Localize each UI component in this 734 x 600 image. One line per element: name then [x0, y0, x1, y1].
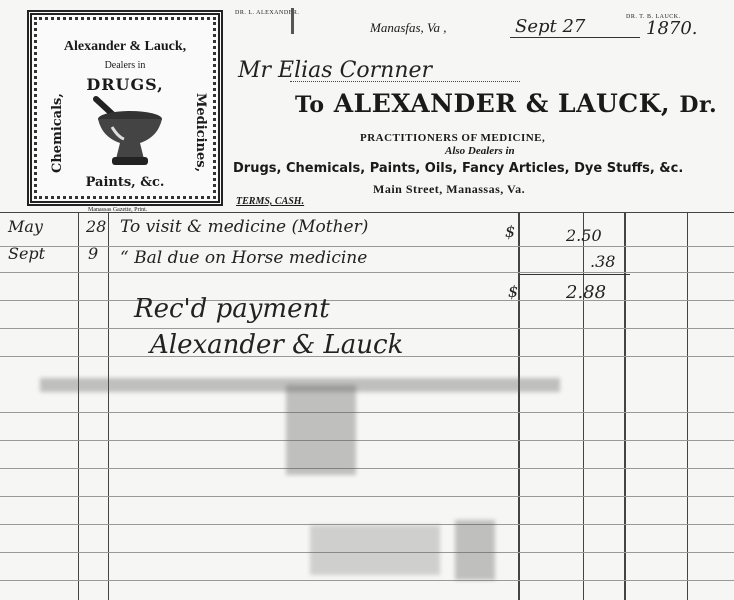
- terms: TERMS, CASH.: [236, 196, 304, 207]
- firm-prefix: To: [295, 92, 325, 118]
- amount-column-rule-4: [687, 212, 688, 600]
- year: 1870.: [646, 18, 698, 39]
- payee-name: Mr Elias Cornner: [238, 58, 432, 83]
- water-stain: [286, 385, 356, 475]
- practitioners-line: PRACTITIONERS OF MEDICINE,: [360, 132, 545, 144]
- row2-month: Sept: [8, 244, 45, 263]
- ad-drugs: DRUGS,: [32, 75, 218, 94]
- row1-day: 28: [86, 217, 106, 236]
- ledger-line: [0, 246, 734, 247]
- amount-column-rule-2: [583, 212, 584, 600]
- ink-mark: [291, 8, 294, 34]
- amount-column-rule-3: [624, 212, 626, 600]
- handwritten-date: Sept 27: [515, 16, 585, 37]
- total-dollar-mark: $: [508, 282, 518, 301]
- signature: Alexander & Lauck: [150, 330, 403, 360]
- mortar-and-pestle-icon: [88, 93, 168, 171]
- row2-description: “ Bal due on Horse medicine: [120, 248, 367, 268]
- day-column-rule: [108, 212, 109, 600]
- month-column-rule: [78, 212, 79, 600]
- place: Manasfas, Va ,: [370, 20, 447, 36]
- also-dealers-line: Also Dealers in: [445, 145, 515, 157]
- ledger-line: [0, 328, 734, 329]
- invoice-paper: Alexander & Lauck, Dealers in DRUGS, Che…: [0, 0, 734, 600]
- printer-credit: Manassas Gazette, Print.: [88, 207, 147, 213]
- ad-medicines: Medicines,: [193, 93, 208, 172]
- ad-title: Alexander & Lauck,: [32, 39, 218, 55]
- firm-heading: To ALEXANDER & LAUCK, Dr.: [295, 89, 717, 118]
- advertisement-box: Alexander & Lauck, Dealers in DRUGS, Che…: [27, 10, 223, 206]
- firm-suffix: Dr.: [679, 92, 717, 118]
- doctor-left: DR. L. ALEXANDER.: [235, 10, 299, 16]
- ad-dealers-in: Dealers in: [32, 60, 218, 71]
- row1-month: May: [8, 217, 43, 236]
- row2-day: 9: [88, 244, 98, 263]
- amount-column-rule-1: [518, 212, 520, 600]
- row2-amount: .38: [590, 252, 615, 271]
- row1-description: To visit & medicine (Mother): [120, 217, 368, 237]
- ledger-line: [0, 272, 734, 273]
- ad-chemicals: Chemicals,: [50, 93, 65, 173]
- address: Main Street, Manassas, Va.: [373, 182, 525, 197]
- received-payment-note: Rec'd payment: [134, 294, 330, 324]
- ledger-line: [0, 300, 734, 301]
- row1-amount: 2.50: [566, 226, 602, 245]
- ad-paints: Paints, &c.: [32, 175, 218, 190]
- ledger-line: [0, 412, 734, 413]
- firm-name: ALEXANDER & LAUCK,: [334, 89, 670, 118]
- ledger-line: [0, 580, 734, 581]
- row1-dollar-mark: $: [505, 222, 515, 241]
- dealers-list: Drugs, Chemicals, Paints, Oils, Fancy Ar…: [233, 161, 683, 176]
- payee-line: [290, 81, 520, 82]
- date-line: [510, 37, 640, 38]
- ledger-line: [0, 496, 734, 497]
- water-stain: [455, 520, 495, 580]
- ledger-line: [0, 468, 734, 469]
- sum-line: [520, 274, 630, 275]
- ledger-line: [0, 440, 734, 441]
- water-stain: [310, 525, 440, 575]
- total-amount: 2.88: [566, 282, 606, 303]
